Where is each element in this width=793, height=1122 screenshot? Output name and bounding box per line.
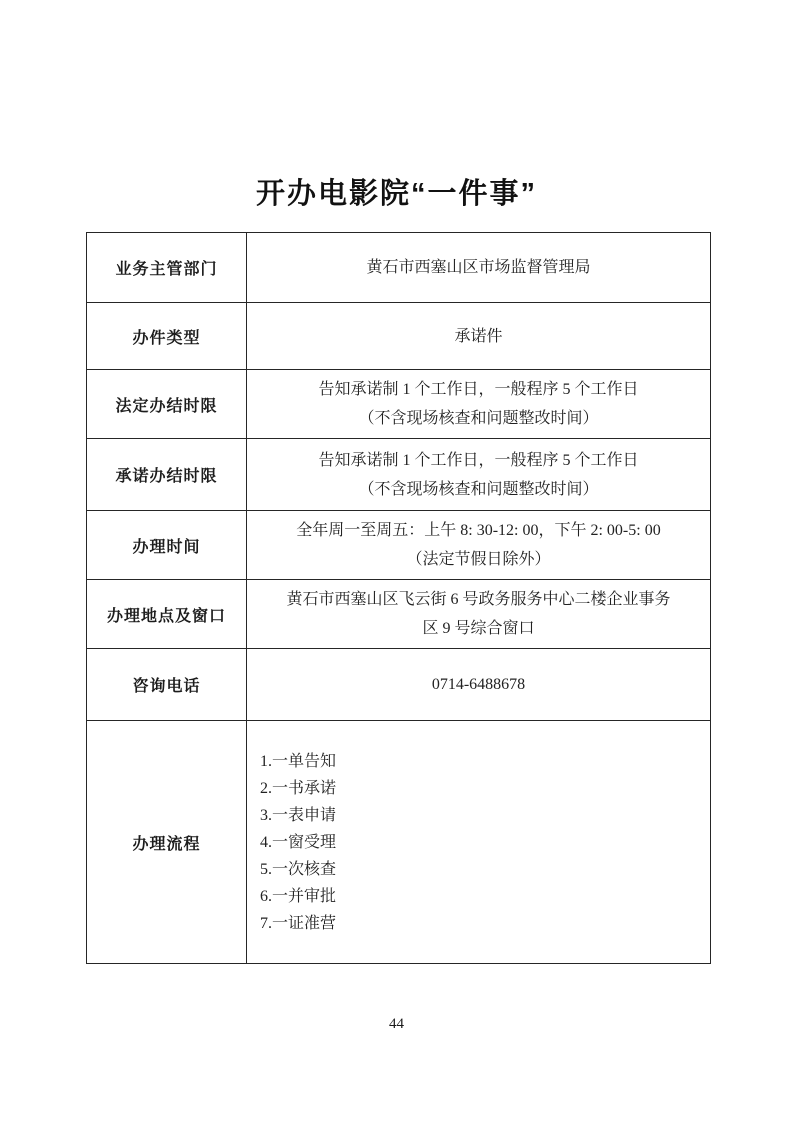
value-line: 黄石市西塞山区市场监督管理局	[257, 253, 700, 282]
row-label-department: 业务主管部门	[87, 233, 247, 303]
process-step: 5.一次核查	[260, 856, 700, 883]
value-line: （不含现场核查和问题整改时间）	[257, 404, 700, 433]
value-line: 告知承诺制 1 个工作日，一般程序 5 个工作日	[257, 446, 700, 475]
row-value-promised-time-limit: 告知承诺制 1 个工作日，一般程序 5 个工作日 （不含现场核查和问题整改时间）	[247, 439, 711, 511]
table-row: 办理时间 全年周一至周五：上午 8: 30-12: 00，下午 2: 00-5:…	[87, 511, 711, 580]
service-info-table: 业务主管部门 黄石市西塞山区市场监督管理局 办件类型 承诺件 法定办结时限 告知…	[86, 232, 711, 964]
table-row: 法定办结时限 告知承诺制 1 个工作日，一般程序 5 个工作日 （不含现场核查和…	[87, 370, 711, 439]
process-step: 1.一单告知	[260, 748, 700, 775]
table-row: 业务主管部门 黄石市西塞山区市场监督管理局	[87, 233, 711, 303]
value-line: 0714-6488678	[257, 670, 700, 699]
row-label-statutory-time-limit: 法定办结时限	[87, 370, 247, 439]
row-label-process: 办理流程	[87, 721, 247, 964]
table-row: 承诺办结时限 告知承诺制 1 个工作日，一般程序 5 个工作日 （不含现场核查和…	[87, 439, 711, 511]
row-value-statutory-time-limit: 告知承诺制 1 个工作日，一般程序 5 个工作日 （不含现场核查和问题整改时间）	[247, 370, 711, 439]
table-row: 咨询电话 0714-6488678	[87, 649, 711, 721]
row-label-location-window: 办理地点及窗口	[87, 580, 247, 649]
table-row: 办理地点及窗口 黄石市西塞山区飞云街 6 号政务服务中心二楼企业事务 区 9 号…	[87, 580, 711, 649]
page-title: 开办电影院“一件事”	[0, 171, 793, 212]
process-step: 3.一表申请	[260, 802, 700, 829]
process-step: 2.一书承诺	[260, 775, 700, 802]
value-line: （法定节假日除外）	[257, 545, 700, 574]
row-value-office-hours: 全年周一至周五：上午 8: 30-12: 00，下午 2: 00-5: 00 （…	[247, 511, 711, 580]
row-value-location-window: 黄石市西塞山区飞云街 6 号政务服务中心二楼企业事务 区 9 号综合窗口	[247, 580, 711, 649]
row-label-promised-time-limit: 承诺办结时限	[87, 439, 247, 511]
value-line: 区 9 号综合窗口	[257, 614, 700, 643]
row-value-item-type: 承诺件	[247, 303, 711, 370]
process-step: 6.一并审批	[260, 883, 700, 910]
page-number: 44	[0, 1016, 793, 1033]
value-line: 黄石市西塞山区飞云街 6 号政务服务中心二楼企业事务	[257, 585, 700, 614]
table-row: 办理流程 1.一单告知 2.一书承诺 3.一表申请 4.一窗受理 5.一次核查 …	[87, 721, 711, 964]
process-step: 7.一证准营	[260, 910, 700, 937]
row-value-phone: 0714-6488678	[247, 649, 711, 721]
value-line: 承诺件	[257, 322, 700, 351]
document-page: 开办电影院“一件事” 业务主管部门 黄石市西塞山区市场监督管理局 办件类型 承诺…	[0, 0, 793, 1122]
table-row: 办件类型 承诺件	[87, 303, 711, 370]
row-value-department: 黄石市西塞山区市场监督管理局	[247, 233, 711, 303]
value-line: （不含现场核查和问题整改时间）	[257, 475, 700, 504]
row-label-phone: 咨询电话	[87, 649, 247, 721]
row-label-item-type: 办件类型	[87, 303, 247, 370]
value-line: 全年周一至周五：上午 8: 30-12: 00，下午 2: 00-5: 00	[257, 516, 700, 545]
process-step: 4.一窗受理	[260, 829, 700, 856]
row-value-process: 1.一单告知 2.一书承诺 3.一表申请 4.一窗受理 5.一次核查 6.一并审…	[247, 721, 711, 964]
row-label-office-hours: 办理时间	[87, 511, 247, 580]
value-line: 告知承诺制 1 个工作日，一般程序 5 个工作日	[257, 375, 700, 404]
